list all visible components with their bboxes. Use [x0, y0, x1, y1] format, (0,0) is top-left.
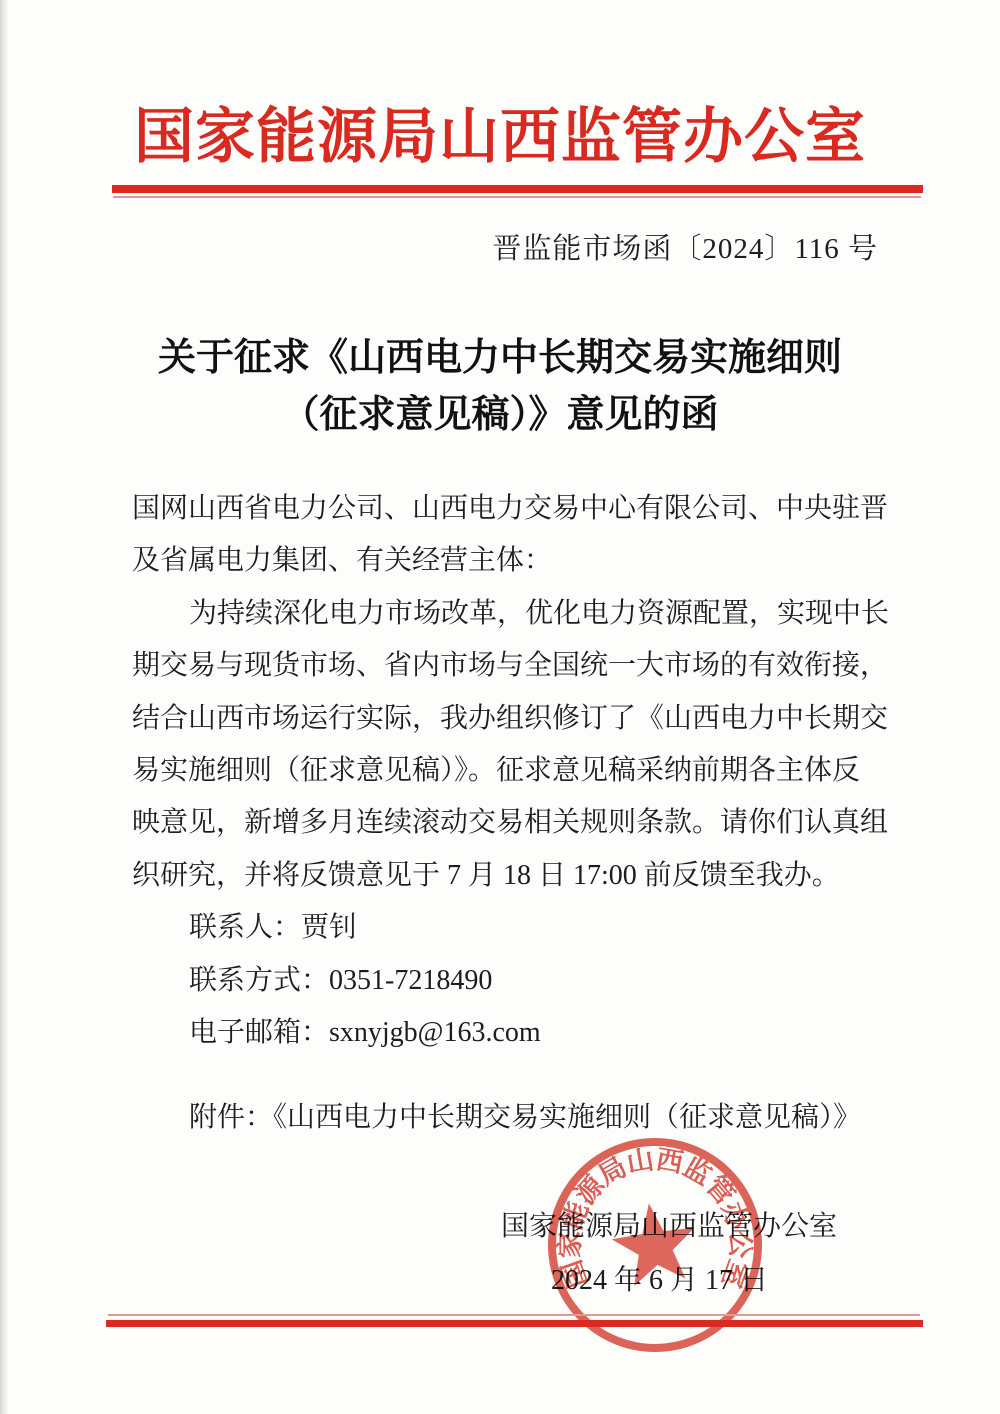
- paragraph-line: 织研究，并将反馈意见于 7 月 18 日 17:00 前反馈至我办。: [132, 850, 890, 902]
- letterhead-agency: 国家能源局山西监管办公室: [0, 100, 1000, 174]
- footer-rule-thin: [108, 1314, 920, 1316]
- document-page: 国家能源局山西监管办公室 晋监能市场函〔2024〕116 号 关于征求《山西电力…: [0, 0, 1000, 1414]
- signature-date: 2024 年 6 月 17 日: [551, 1258, 768, 1298]
- salutation-line: 及省属电力集团、有关经营主体：: [132, 535, 890, 587]
- paragraph-line: 期交易与现货市场、省内市场与全国统一大市场的有效衔接，: [132, 640, 890, 692]
- contact-person-line: 联系人：贾钊: [132, 902, 890, 954]
- contact-phone-line: 联系方式：0351-7218490: [132, 955, 890, 1007]
- letterhead-rule-thin: [113, 196, 921, 198]
- contact-email-line: 电子邮箱：sxnyjgb@163.com: [132, 1007, 890, 1059]
- footer-rule-thick: [106, 1320, 923, 1327]
- attachment-line: 附件：《山西电力中长期交易实施细则（征求意见稿）》: [132, 1098, 932, 1138]
- scan-edge: [0, 0, 9, 1414]
- signature-agency: 国家能源局山西监管办公室: [501, 1204, 837, 1244]
- paragraph-line: 映意见，新增多月连续滚动交易相关规则条款。请你们认真组: [132, 797, 890, 849]
- document-title: 关于征求《山西电力中长期交易实施细则 （征求意见稿）》意见的函: [0, 330, 1000, 444]
- document-title-line-2: （征求意见稿）》意见的函: [0, 387, 1000, 444]
- letterhead-rule-thick: [112, 185, 923, 193]
- paragraph-line: 结合山西市场运行实际，我办组织修订了《山西电力中长期交: [132, 693, 890, 745]
- paragraph-line: 易实施细则（征求意见稿）》。征求意见稿采纳前期各主体反: [132, 745, 890, 797]
- document-title-line-1: 关于征求《山西电力中长期交易实施细则: [0, 330, 1000, 387]
- salutation-line: 国网山西省电力公司、山西电力交易中心有限公司、中央驻晋: [132, 483, 890, 535]
- official-seal: 国家能源局山西监管办公室: [533, 1123, 777, 1367]
- doc-number: 晋监能市场函〔2024〕116 号: [492, 226, 878, 267]
- paragraph-line: 为持续深化电力市场改革，优化电力资源配置，实现中长: [132, 588, 890, 640]
- seal-ring: [552, 1142, 758, 1348]
- body-text: 国网山西省电力公司、山西电力交易中心有限公司、中央驻晋 及省属电力集团、有关经营…: [132, 483, 890, 1059]
